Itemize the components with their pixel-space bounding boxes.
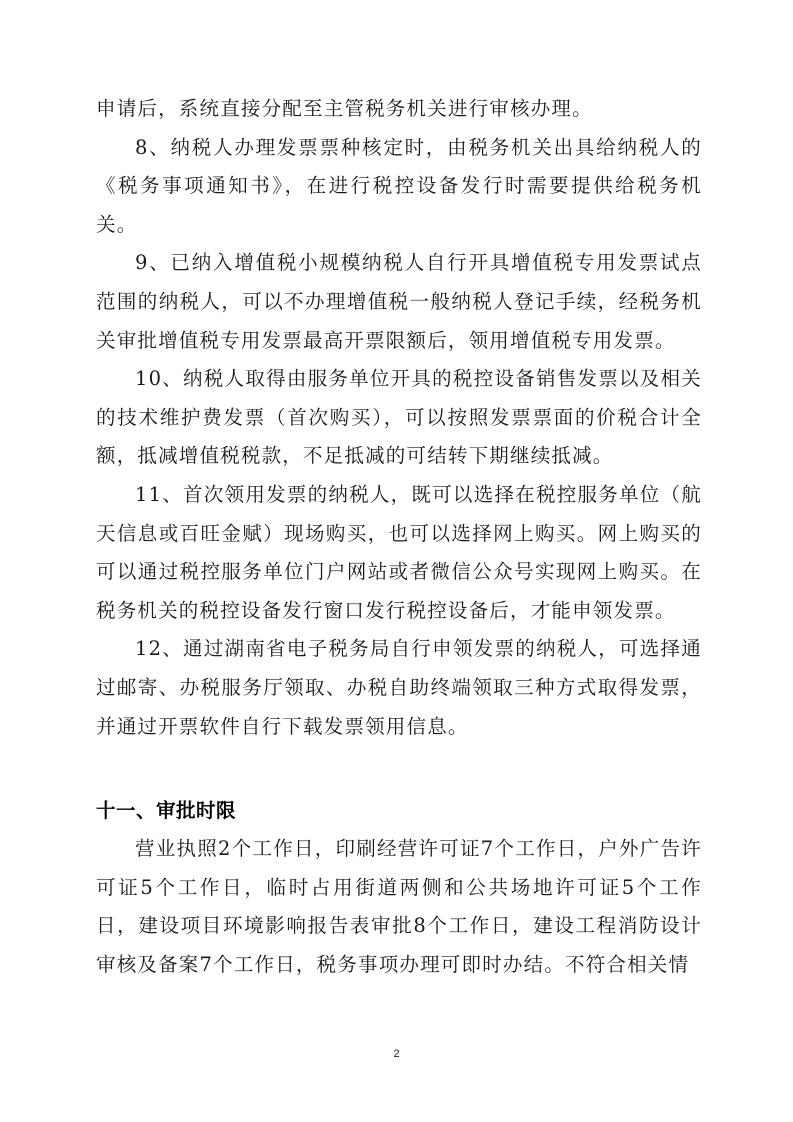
paragraph-item-12: 12、通过湖南省电子税务局自行申领发票的纳税人，可选择通过邮寄、办税服务厅领取、… [96,630,702,746]
page-number: 2 [0,1048,793,1060]
document-page: 申请后，系统直接分配至主管税务机关进行审核办理。 8、纳税人办理发票票种核定时，… [0,0,793,1122]
section-spacer [96,746,702,792]
paragraph-item-8: 8、纳税人办理发票票种核定时，由税务机关出具给纳税人的《税务事项通知书》，在进行… [96,129,702,245]
paragraph-item-9: 9、已纳入增值税小规模纳税人自行开具增值税专用发票试点范围的纳税人，可以不办理增… [96,244,702,360]
section-heading: 十一、审批时限 [96,792,702,830]
paragraph-continuation: 申请后，系统直接分配至主管税务机关进行审核办理。 [96,90,702,129]
paragraph-item-11: 11、首次领用发票的纳税人，既可以选择在税控服务单位（航天信息或百旺金赋）现场购… [96,476,702,630]
section-paragraph: 营业执照2个工作日，印刷经营许可证7个工作日，户外广告许可证5个工作日，临时占用… [96,830,702,984]
page-content: 申请后，系统直接分配至主管税务机关进行审核办理。 8、纳税人办理发票票种核定时，… [96,90,702,984]
paragraph-item-10: 10、纳税人取得由服务单位开具的税控设备销售发票以及相关的技术维护费发票（首次购… [96,360,702,476]
